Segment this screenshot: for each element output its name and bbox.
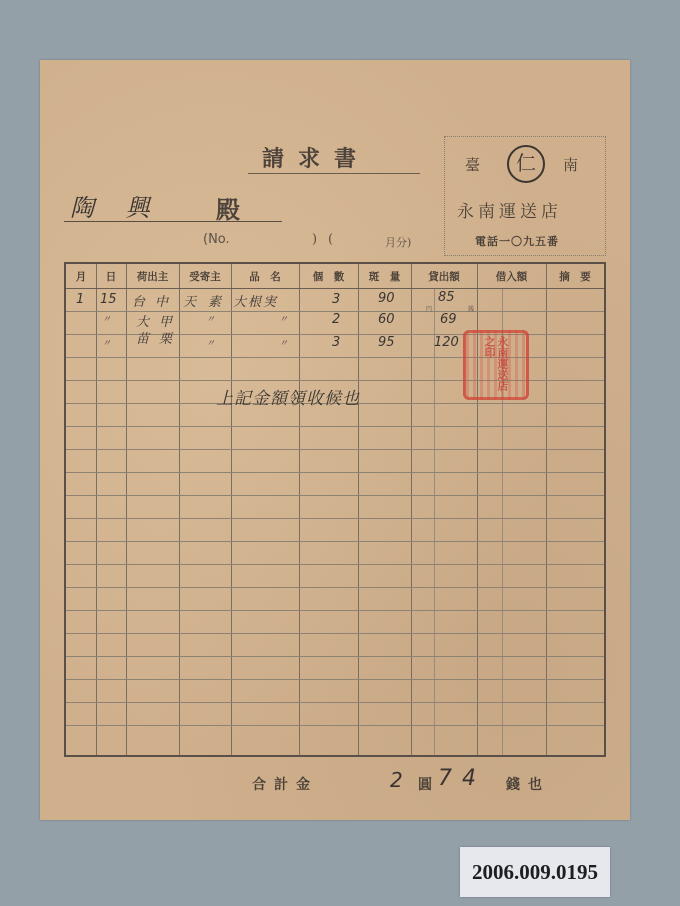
shop-city-left: 臺 — [465, 154, 480, 175]
col-divider — [546, 264, 547, 755]
row1-shipper: 台中 — [132, 291, 178, 310]
col-divider — [358, 264, 359, 755]
header-weight: 斑 量 — [358, 266, 411, 287]
shop-city-right: 南 — [563, 154, 578, 175]
row3-count: 3 — [332, 335, 340, 350]
row2-credit: 69 — [440, 312, 457, 327]
header-credit: 貸出額 — [411, 266, 477, 287]
addressee-underline — [64, 221, 282, 222]
shop-logo-icon: 仁 — [507, 145, 545, 183]
shop-stamp-box: 臺 仁 南 永南運送店 電話一〇九五番 — [444, 136, 606, 256]
header-debit: 借入額 — [477, 266, 546, 287]
row2-day: 〃 — [102, 312, 111, 325]
row-rule — [66, 472, 604, 473]
col-divider — [231, 264, 232, 755]
row1-credit: 85 — [438, 290, 455, 305]
row-rule — [66, 702, 604, 703]
row3-item: 〃 — [279, 336, 288, 349]
total-yen-unit: 圓 — [418, 774, 432, 794]
row3-shipper: 苗栗 — [136, 328, 182, 347]
catalog-number-tag: 2006.009.0195 — [460, 847, 610, 897]
row1-weight: 90 — [378, 291, 395, 306]
header-consignee: 受寄主 — [179, 266, 231, 287]
header-day: 日 — [96, 266, 126, 287]
month-label: 月分) — [385, 234, 411, 250]
row-rule — [66, 725, 604, 726]
col-divider — [96, 264, 97, 755]
receipt-acknowledgement: 上記金額領收候也 — [216, 384, 360, 409]
row2-weight: 60 — [378, 312, 395, 327]
row2-item: 〃 — [279, 312, 288, 325]
row-rule — [66, 656, 604, 657]
col-divider — [411, 264, 412, 755]
month-open: ( — [328, 232, 333, 247]
row-rule — [66, 426, 604, 427]
invoice-paper: 請求書 陶 興 殿 (No. ) ( 月分) 臺 仁 南 永南運送店 電話一〇九… — [40, 60, 630, 820]
addressee-handwritten: 陶 興 — [70, 188, 162, 223]
header-rule — [66, 288, 604, 289]
row-rule — [66, 587, 604, 588]
row2-consignee: 〃 — [206, 312, 215, 325]
honorific: 殿 — [216, 190, 240, 225]
row-rule — [66, 564, 604, 565]
row1-day: 15 — [100, 292, 117, 307]
document-title: 請求書 — [262, 142, 370, 173]
title-underline — [248, 173, 420, 174]
total-label: 合計金 — [252, 774, 318, 794]
col-divider — [299, 264, 300, 755]
row-rule — [66, 449, 604, 450]
row-rule — [66, 541, 604, 542]
shop-telephone: 電話一〇九五番 — [475, 233, 559, 249]
row2-count: 2 — [332, 312, 340, 327]
row3-consignee: 〃 — [206, 336, 215, 349]
row3-day: 〃 — [102, 336, 111, 349]
row-rule — [66, 633, 604, 634]
yen-marker: 円 — [426, 304, 432, 313]
col-divider — [126, 264, 127, 755]
total-sen-value: 74 — [438, 766, 486, 791]
row3-weight: 95 — [378, 335, 395, 350]
header-shipper: 荷出主 — [126, 266, 179, 287]
sen-marker: 銭 — [468, 304, 474, 313]
total-yen-value: 2 — [390, 768, 403, 792]
row1-consignee: 天素 — [183, 291, 233, 310]
header-item: 品 名 — [231, 266, 299, 287]
header-note: 摘 要 — [546, 266, 604, 287]
header-count: 個 數 — [299, 266, 358, 287]
row1-month: 1 — [76, 292, 84, 307]
row-rule — [66, 610, 604, 611]
yen-sen-divider — [434, 289, 435, 755]
shop-name: 永南運送店 — [457, 197, 562, 222]
number-label: (No. — [203, 232, 230, 247]
row-rule — [66, 679, 604, 680]
row-rule — [66, 518, 604, 519]
header-month: 月 — [66, 266, 96, 287]
row1-count: 3 — [332, 292, 340, 307]
red-seal-stamp: 永南運送店之印 — [463, 330, 529, 400]
row-rule — [66, 495, 604, 496]
row1-item: 大根実 — [233, 291, 278, 310]
row3-credit: 120 — [434, 335, 459, 350]
number-close: ) — [312, 232, 317, 247]
total-sen-unit: 錢也 — [506, 774, 550, 794]
